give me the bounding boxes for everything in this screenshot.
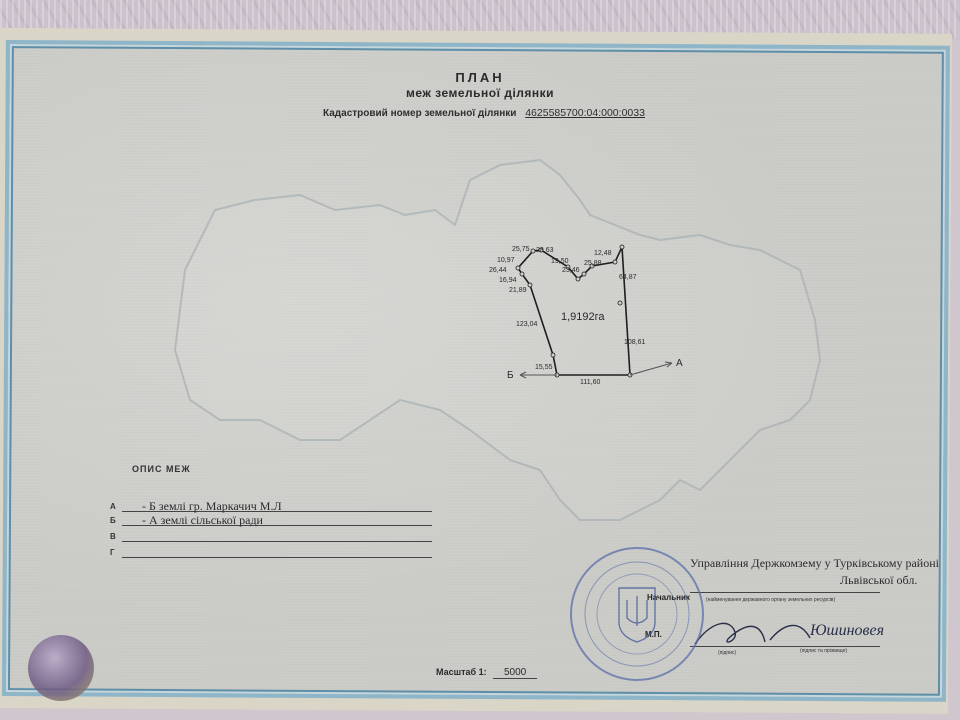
boundary-letter: А [110, 502, 116, 511]
marker-b: Б [507, 370, 514, 381]
seg-label: 12,48 [594, 250, 612, 257]
signature-caption: (підпис) [718, 650, 736, 656]
seg-label: 25,75 [512, 246, 530, 253]
scale-label: Масштаб 1: [436, 667, 487, 677]
marker-a: А [676, 358, 683, 369]
seg-label: 19,50 [551, 258, 569, 265]
boundary-letter: Г [110, 548, 115, 557]
name-caption: (підпис та прізвище) [800, 648, 847, 654]
seg-label: 25,88 [584, 260, 602, 267]
signature: Юшиновея [810, 622, 884, 640]
signature-underline [690, 646, 880, 647]
boundary-line [122, 541, 432, 542]
seg-label: 10,97 [497, 257, 515, 264]
official-round-stamp [567, 544, 707, 684]
seg-label: 21,89 [509, 287, 527, 294]
seg-label: 16,94 [499, 277, 517, 284]
boundary-text: - Б землі гр. Маркачич М.Л [142, 499, 282, 514]
seg-label: 28,63 [536, 247, 554, 254]
boundary-description-title: ОПИС МЕЖ [132, 464, 191, 474]
authority-name-line1: Управління Держкомзему у Турківському ра… [690, 556, 939, 571]
boundary-letter: Б [110, 516, 116, 525]
seg-label: 26,44 [489, 267, 507, 274]
plot-area: 1,9192га [561, 311, 605, 323]
authority-name-line2: Львівської обл. [840, 573, 917, 588]
scale-line: Масштаб 1: 5000 [436, 667, 537, 679]
authority-caption: (найменування державного органу земельни… [706, 597, 835, 603]
scale-value: 5000 [493, 667, 537, 679]
authority-underline [690, 592, 880, 593]
boundary-letter: В [110, 532, 116, 541]
seg-label: 108,61 [624, 339, 646, 346]
seg-label: 23,46 [562, 267, 580, 274]
seg-label: 64,87 [619, 274, 637, 281]
boundary-text: - А землі сільської ради [142, 513, 263, 528]
neighbor-arrow-a [630, 363, 672, 375]
seg-label: 123,04 [516, 321, 538, 328]
seg-label: 15,55 [535, 364, 553, 371]
boundary-line [122, 557, 432, 558]
seg-label: 111,60 [580, 379, 600, 386]
